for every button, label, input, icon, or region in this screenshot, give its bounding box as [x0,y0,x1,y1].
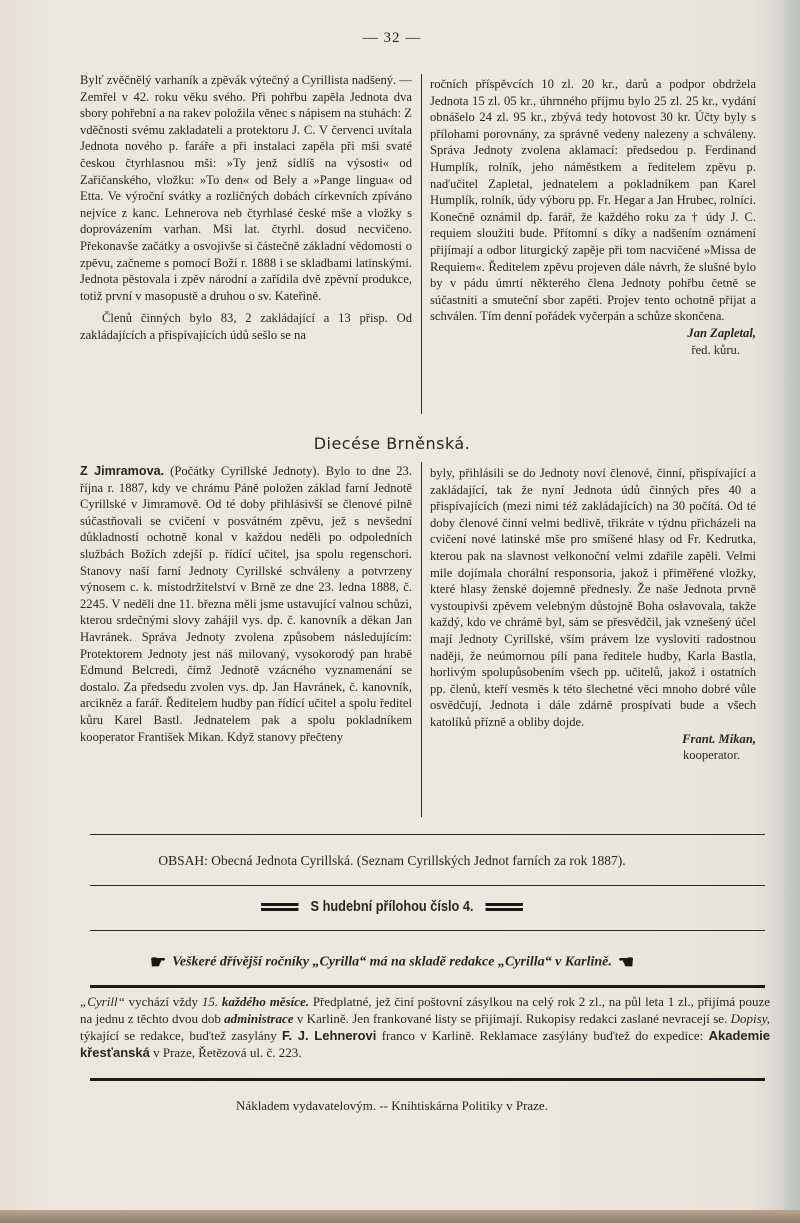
supplement-text: S hudební přílohou číslo 4. [311,898,474,915]
info-date: 15. [202,994,218,1009]
divider [90,834,765,835]
page-number: — 32 — [0,30,784,47]
column-4: byly, přihlásili se do Jednoty noví člen… [430,465,756,764]
pointing-hand-right-icon: ☛ [150,952,166,973]
column-3: Z Jimramova. (Počátky Cyrillské Jednoty)… [80,463,412,745]
editor-name: F. J. Lehnerovi [282,1028,376,1043]
info-text: v Praze, Řetězová ul. č. 223. [150,1045,302,1060]
paragraph: Členů činných bylo 83, 2 zakládající a 1… [80,310,412,343]
journal-name: „Cyrill“ [80,994,125,1009]
ornament-bars-icon [485,901,522,913]
info-emph: každého měsíce. [218,994,309,1009]
paragraph: Z Jimramova. (Počátky Cyrillské Jednoty)… [80,463,412,745]
column-1: Bylť zvěčnělý varhaník a zpěvák výtečný … [80,72,412,344]
paragraph: ročních příspěvcích 10 zl. 20 kr., darů … [430,76,756,325]
ornament-bars-icon [261,901,298,913]
info-text: týkající se redakce, buďtež zasylány [80,1028,282,1043]
page-edge [0,1210,800,1223]
divider [90,985,765,988]
paragraph: Bylť zvěčnělý varhaník a zpěvák výtečný … [80,72,412,304]
publication-info: „Cyrill“ vychází vždy 15. každého měsíce… [80,993,770,1061]
article-text: (Počátky Cyrillské Jednoty). Bylo to dne… [80,464,412,744]
column-divider [421,74,422,414]
divider [90,930,765,931]
supplement-banner: S hudební přílohou číslo 4. [59,898,725,915]
notice-line: ☛Veškeré dřívější ročníky „Cyrilla“ má n… [0,952,784,973]
signature: Frant. Mikan, [430,731,756,748]
info-text: franco v Karlině. Reklamace zasýlány buď… [376,1028,708,1043]
document-page: — 32 — Bylť zvěčnělý varhaník a zpěvák v… [0,0,784,1210]
info-emph: Dopisy, [731,1011,770,1026]
column-divider [421,462,422,817]
column-2: ročních příspěvcích 10 zl. 20 kr., darů … [430,76,756,358]
page-edge [784,0,800,1223]
article-lead: Z Jimramova. [80,464,164,478]
notice-text: Veškeré dřívější ročníky „Cyrilla“ má na… [172,955,612,970]
contents-line: OBSAH: Obecná Jednota Cyrillská. (Seznam… [0,853,784,869]
paragraph: byly, přihlásili se do Jednoty noví člen… [430,465,756,731]
info-emph: administrace [224,1011,293,1026]
info-text: v Karlině. Jen frankované listy se přijí… [294,1011,731,1026]
signature-title: řed. kůru. [430,342,756,359]
divider [90,1078,765,1081]
imprint: Nákladem vydavatelovým. -- Knihtiskárna … [0,1098,784,1114]
section-title: Diecése Brněnská. [0,434,784,453]
pointing-hand-left-icon: ☛ [618,952,634,973]
info-text: vychází vždy [125,994,202,1009]
signature: Jan Zapletal, [430,325,756,342]
divider [90,885,765,886]
signature-title: kooperator. [430,747,756,764]
